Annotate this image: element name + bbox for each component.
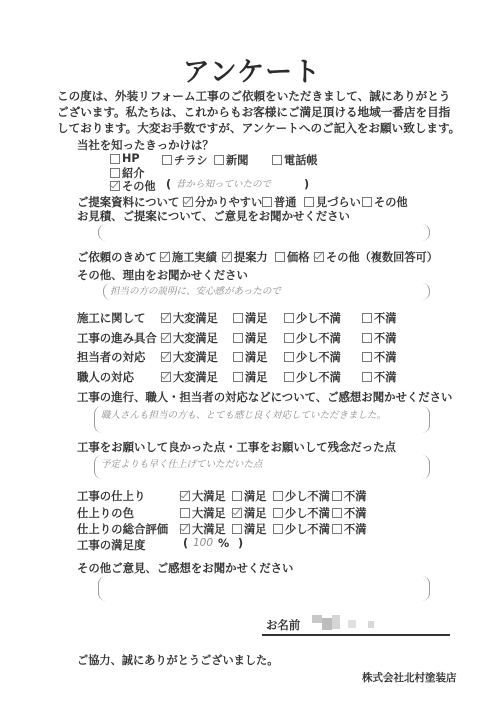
rating-option-checkbox[interactable]: 満足 bbox=[233, 349, 267, 365]
checkbox-icon bbox=[362, 352, 372, 362]
checkbox-checked-icon bbox=[314, 252, 324, 262]
checkbox-icon bbox=[162, 155, 172, 165]
company-name: 株式会社北村塗装店 bbox=[362, 670, 457, 685]
question-impressions: 工事の進行、職人・担当者の対応などについて、ご感想お聞かせください bbox=[77, 389, 452, 405]
other-source-open-paren: ( bbox=[166, 178, 171, 191]
checkbox-icon bbox=[233, 372, 243, 382]
rating-row-label: 仕上りの色 bbox=[77, 505, 134, 521]
checkbox-icon bbox=[362, 313, 372, 323]
rating-row-label: 担当者の対応 bbox=[77, 349, 145, 365]
checkbox-checked-icon bbox=[110, 181, 120, 191]
good-bad-points-answer: 予定よりも早く仕上げていただいた点 bbox=[101, 456, 263, 470]
checkbox-icon bbox=[275, 252, 285, 262]
checkbox-icon bbox=[272, 155, 282, 165]
rating-option-checkbox[interactable]: 少し不満 bbox=[273, 488, 330, 504]
other-reason-field[interactable]: 担当の方の説明に、安心感があったので bbox=[103, 283, 430, 300]
checkbox-hp[interactable]: HP bbox=[110, 152, 140, 165]
checkbox-price[interactable]: 価格 bbox=[275, 249, 309, 265]
checkbox-icon bbox=[284, 372, 294, 382]
checkbox-icon bbox=[284, 352, 294, 362]
checkbox-newspaper[interactable]: 新聞 bbox=[214, 152, 248, 168]
rating-option-checkbox[interactable]: 不満 bbox=[362, 330, 396, 346]
checkbox-icon bbox=[362, 333, 372, 343]
satisfaction-value[interactable]: 100 bbox=[193, 537, 213, 549]
page-title: アンケート bbox=[0, 50, 504, 89]
intro-line-2: ございます。私たちは、これからもお客様にご満足頂ける地域一番店を目指 bbox=[57, 104, 450, 120]
intro-line-3: しております。大変お手数ですが、アンケートへのご記入をお願い致します。 bbox=[57, 120, 460, 136]
checkbox-icon bbox=[304, 197, 314, 207]
checkbox-track-record[interactable]: 施工実績 bbox=[160, 249, 217, 265]
checkbox-icon bbox=[332, 491, 342, 501]
checkbox-icon bbox=[273, 524, 283, 534]
checkbox-icon bbox=[262, 197, 272, 207]
checkbox-phonebook[interactable]: 電話帳 bbox=[272, 152, 318, 168]
checkbox-icon bbox=[332, 508, 342, 518]
thanks-message: ご協力、誠にありがとうございました。 bbox=[77, 652, 278, 668]
rating-option-checkbox[interactable]: 満足 bbox=[233, 310, 267, 326]
rating-row-label: 施工に関して bbox=[77, 310, 145, 326]
checkbox-checked-icon bbox=[180, 524, 190, 534]
checkbox-icon bbox=[362, 197, 372, 207]
impressions-answer: 職人さんも担当の方も、とても感じ良く対応していただきました。 bbox=[101, 407, 386, 421]
rating-option-checkbox[interactable]: 少し不満 bbox=[273, 505, 330, 521]
redaction-block bbox=[322, 618, 332, 630]
rating-option-checkbox[interactable]: 不満 bbox=[362, 369, 396, 385]
checkbox-other-factor[interactable]: その他（複数回答可） bbox=[314, 249, 438, 265]
redaction-block bbox=[312, 615, 322, 623]
checkbox-icon bbox=[332, 524, 342, 534]
rating-option-checkbox[interactable]: 満足 bbox=[232, 505, 266, 521]
other-source-answer[interactable]: 昔から知っていたので bbox=[176, 176, 271, 190]
rating-option-checkbox[interactable]: 大変満足 bbox=[161, 369, 218, 385]
checkbox-icon bbox=[180, 508, 190, 518]
satisfaction-unit: % bbox=[218, 537, 229, 550]
checkbox-checked-icon bbox=[161, 313, 171, 323]
checkbox-checked-icon bbox=[160, 252, 170, 262]
checkbox-checked-icon bbox=[180, 491, 190, 501]
rating-row-label: 職人の対応 bbox=[77, 369, 134, 385]
checkbox-checked-icon bbox=[161, 372, 171, 382]
checkbox-icon bbox=[214, 155, 224, 165]
rating-option-checkbox[interactable]: 大満足 bbox=[180, 488, 226, 504]
rating-row-label: 工事の進み具合 bbox=[77, 330, 157, 346]
rating-option-checkbox[interactable]: 満足 bbox=[233, 330, 267, 346]
checkbox-checked-icon bbox=[222, 252, 232, 262]
question-deciding-factor: ご依頼のきめて bbox=[77, 249, 157, 265]
rating-option-checkbox[interactable]: 満足 bbox=[233, 369, 267, 385]
rating-option-checkbox[interactable]: 少し不満 bbox=[284, 349, 341, 365]
checkbox-icon bbox=[233, 313, 243, 323]
other-reason-answer: 担当の方の説明に、安心感があったので bbox=[110, 283, 281, 297]
intro-line-1: この度は、外装リフォーム工事のご依頼をいただきまして、誠にありがとう bbox=[57, 88, 450, 104]
rating-row-label: 仕上りの総合評価 bbox=[77, 521, 168, 537]
name-field-redacted[interactable] bbox=[312, 615, 384, 633]
rating-option-checkbox[interactable]: 不満 bbox=[332, 505, 366, 521]
satisfaction-close-paren: ) bbox=[238, 537, 243, 550]
checkbox-icon bbox=[284, 333, 294, 343]
estimate-opinion-field[interactable] bbox=[98, 224, 430, 241]
rating-option-checkbox[interactable]: 大変満足 bbox=[161, 349, 218, 365]
checkbox-checked-icon bbox=[232, 508, 242, 518]
checkbox-icon bbox=[284, 313, 294, 323]
redaction-block bbox=[348, 620, 356, 628]
checkbox-icon bbox=[233, 352, 243, 362]
satisfaction-level-label: 工事の満足度 bbox=[77, 537, 145, 553]
name-label: お名前 bbox=[266, 617, 300, 633]
rating-option-checkbox[interactable]: 少し不満 bbox=[284, 310, 341, 326]
rating-option-checkbox[interactable]: 満足 bbox=[232, 521, 266, 537]
redaction-block bbox=[368, 621, 374, 628]
question-other-reason: その他、理由をお聞かせください bbox=[77, 267, 248, 283]
checkbox-checked-icon bbox=[183, 197, 193, 207]
checkbox-icon bbox=[233, 333, 243, 343]
checkbox-flyer[interactable]: チラシ bbox=[162, 152, 208, 168]
question-how-found: 当社を知ったきっかけは？ bbox=[77, 137, 214, 153]
rating-option-checkbox[interactable]: 大満足 bbox=[180, 505, 226, 521]
checkbox-checked-icon bbox=[161, 352, 171, 362]
rating-option-checkbox[interactable]: 不満 bbox=[362, 310, 396, 326]
other-source-close-paren: ) bbox=[304, 178, 309, 191]
checkbox-proposal-ability[interactable]: 提案力 bbox=[222, 249, 268, 265]
rating-row-label: 工事の仕上り bbox=[77, 488, 145, 504]
name-underline bbox=[262, 634, 450, 636]
rating-option-checkbox[interactable]: 満足 bbox=[232, 488, 266, 504]
checkbox-icon bbox=[273, 491, 283, 501]
question-good-bad-points: 工事をお願いして良かった点・工事をお願いして残念だった点 bbox=[77, 439, 396, 455]
checkbox-checked-icon bbox=[161, 333, 171, 343]
rating-option-checkbox[interactable]: 大変満足 bbox=[161, 330, 218, 346]
satisfaction-open-paren: ( bbox=[183, 537, 188, 550]
checkbox-icon bbox=[232, 491, 242, 501]
rating-option-checkbox[interactable]: 少し不満 bbox=[284, 369, 341, 385]
rating-option-checkbox[interactable]: 不満 bbox=[362, 349, 396, 365]
impressions-field[interactable]: 職人さんも担当の方も、とても感じ良く対応していただきました。 bbox=[94, 406, 430, 433]
checkbox-icon bbox=[362, 372, 372, 382]
question-estimate-opinion: お見積、ご提案について、ご意見をお聞かせください bbox=[77, 208, 350, 224]
rating-option-checkbox[interactable]: 少し不満 bbox=[284, 330, 341, 346]
rating-option-checkbox[interactable]: 不満 bbox=[332, 521, 366, 537]
rating-option-checkbox[interactable]: 少し不満 bbox=[273, 521, 330, 537]
question-other-comments: その他ご意見、ご感想をお聞かせください bbox=[77, 560, 293, 576]
checkbox-icon bbox=[273, 508, 283, 518]
redaction-block bbox=[332, 615, 340, 629]
checkbox-other-docs[interactable]: その他 bbox=[362, 194, 408, 210]
checkbox-icon bbox=[110, 154, 120, 164]
other-comments-field[interactable] bbox=[98, 576, 430, 601]
rating-option-checkbox[interactable]: 大変満足 bbox=[161, 310, 218, 326]
checkbox-other-source[interactable]: その他 bbox=[110, 178, 156, 194]
checkbox-icon bbox=[232, 524, 242, 534]
good-bad-points-field[interactable]: 予定よりも早く仕上げていただいた点 bbox=[94, 455, 430, 479]
rating-option-checkbox[interactable]: 大満足 bbox=[180, 521, 226, 537]
rating-option-checkbox[interactable]: 不満 bbox=[332, 488, 366, 504]
